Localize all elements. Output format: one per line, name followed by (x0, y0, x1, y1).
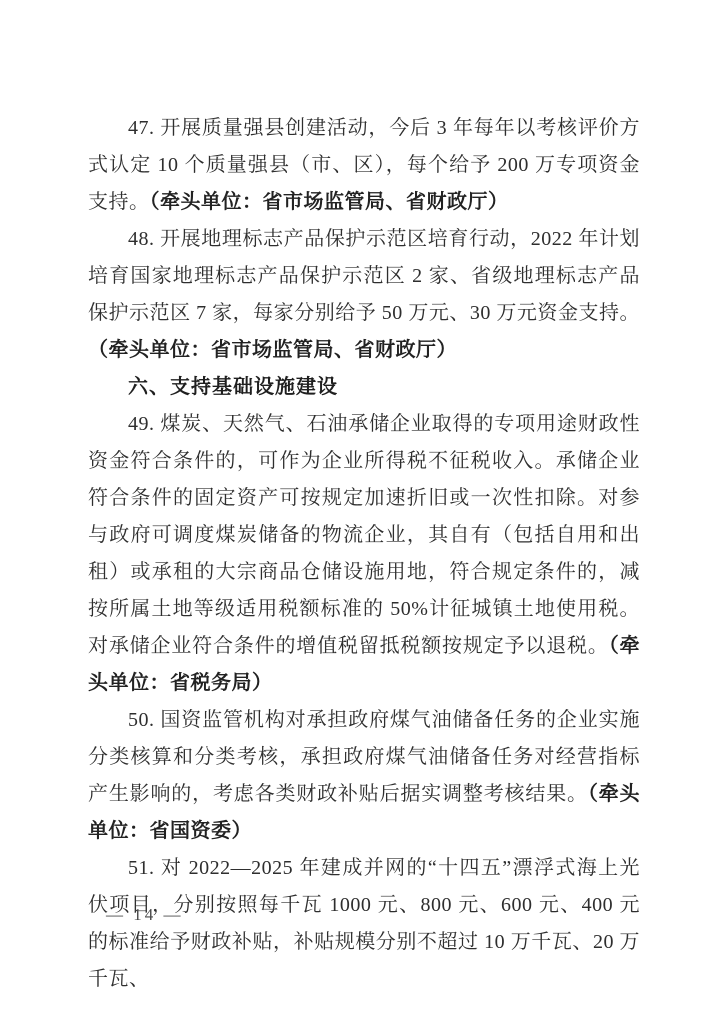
document-text-block: 47. 开展质量强县创建活动，今后 3 年每年以考核评价方式认定 10 个质量强… (88, 110, 640, 998)
paragraph-47: 47. 开展质量强县创建活动，今后 3 年每年以考核评价方式认定 10 个质量强… (88, 110, 640, 221)
paragraph-48-lead-unit: （牵头单位：省市场监管局、省财政厅） (88, 339, 457, 361)
document-page: 47. 开展质量强县创建活动，今后 3 年每年以考核评价方式认定 10 个质量强… (0, 0, 724, 1024)
paragraph-50-text: 50. 国资监管机构对承担政府煤气油储备任务的企业实施分类核算和分类考核，承担政… (88, 709, 640, 805)
paragraph-47-lead-unit: （牵头单位：省市场监管局、省财政厅） (150, 191, 509, 213)
paragraph-48: 48. 开展地理标志产品保护示范区培育行动，2022 年计划培育国家地理标志产品… (88, 221, 640, 369)
paragraph-50: 50. 国资监管机构对承担政府煤气油储备任务的企业实施分类核算和分类考核，承担政… (88, 702, 640, 850)
section-heading-6: 六、支持基础设施建设 (88, 369, 640, 406)
page-number: — 14 — (106, 903, 184, 927)
paragraph-49: 49. 煤炭、天然气、石油承储企业取得的专项用途财政性资金符合条件的，可作为企业… (88, 406, 640, 702)
paragraph-48-text: 48. 开展地理标志产品保护示范区培育行动，2022 年计划培育国家地理标志产品… (88, 228, 640, 324)
paragraph-49-text: 49. 煤炭、天然气、石油承储企业取得的专项用途财政性资金符合条件的，可作为企业… (88, 413, 640, 657)
